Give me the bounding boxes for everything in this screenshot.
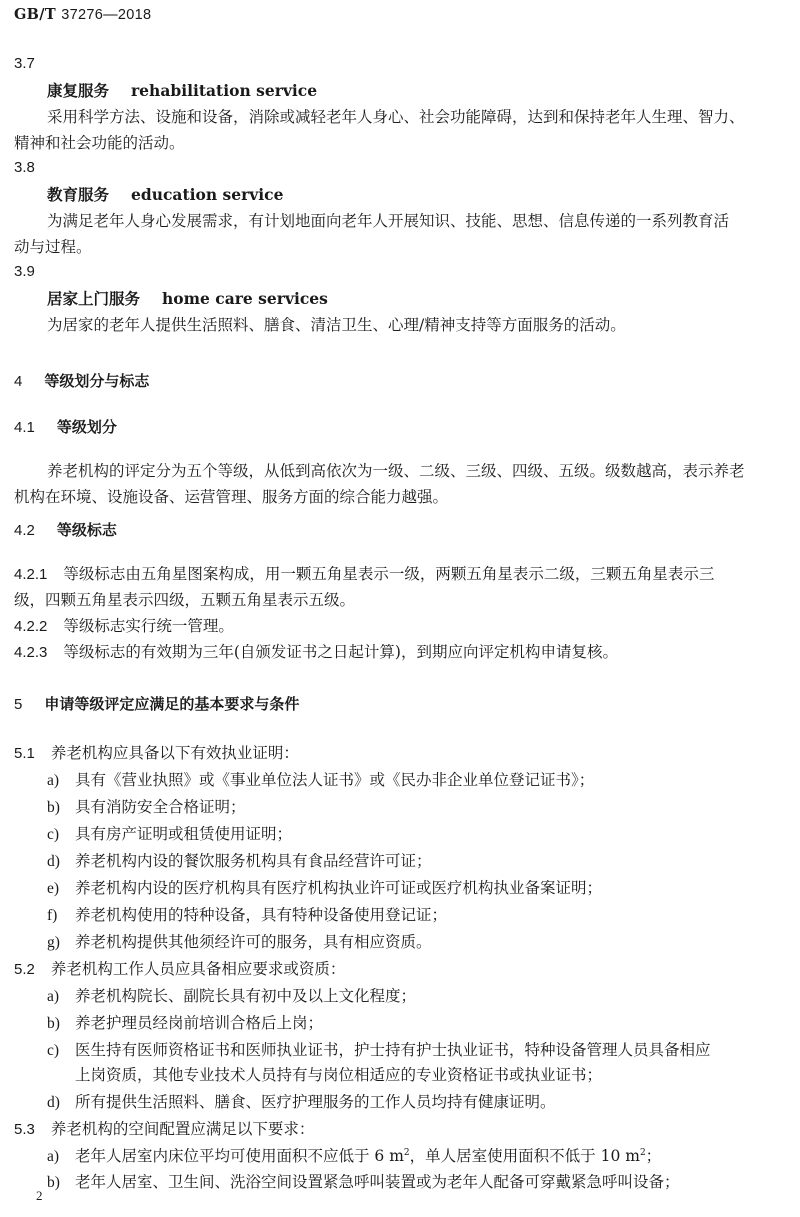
term-en: education service bbox=[131, 185, 283, 204]
clause-number: 5.2 bbox=[14, 961, 35, 978]
paragraph-cont: 机构在环境、设施设备、运营管理、服务方面的综合能力越强。 bbox=[14, 485, 448, 507]
term-definition: 为满足老年人身心发展需求，有计划地面向老年人开展知识、技能、思想、信息传递的一系… bbox=[47, 209, 729, 231]
term-number: 3.9 bbox=[14, 263, 35, 280]
list-item: e)养老机构内设的医疗机构具有医疗机构执业许可证或医疗机构执业备案证明； bbox=[47, 876, 602, 898]
list-item: c)医生持有医师资格证书和医师执业证书，护士持有护士执业证书，特种设备管理人员具… bbox=[47, 1038, 711, 1060]
clause-number: 5.1 bbox=[14, 745, 35, 762]
list-text: ； bbox=[646, 1147, 662, 1165]
section-title: 等级划分与标志 bbox=[44, 372, 149, 390]
list-item: b)具有消防安全合格证明； bbox=[47, 795, 246, 817]
list-text: 养老机构提供其他须经许可的服务，具有相应资质。 bbox=[75, 933, 432, 951]
list-marker: c) bbox=[47, 826, 75, 844]
list-text: 养老机构使用的特种设备，具有特种设备使用登记证； bbox=[75, 906, 447, 924]
section-number: 4 bbox=[14, 373, 22, 390]
section-heading: 4等级划分与标志 bbox=[14, 370, 149, 391]
clause-number: 4.2.1 bbox=[14, 566, 47, 583]
section-title: 申请等级评定应满足的基本要求与条件 bbox=[44, 695, 299, 713]
list-text: 养老机构院长、副院长具有初中及以上文化程度； bbox=[75, 987, 416, 1005]
term-definition-cont: 动与过程。 bbox=[14, 235, 92, 257]
list-text: 医生持有医师资格证书和医师执业证书，护士持有护士执业证书，特种设备管理人员具备相… bbox=[75, 1041, 711, 1059]
clause-number: 5.3 bbox=[14, 1121, 35, 1138]
page-number: 2 bbox=[36, 1188, 43, 1204]
term-zh: 居家上门服务 bbox=[47, 289, 140, 308]
list-item: d)所有提供生活照料、膳食、医疗护理服务的工作人员均持有健康证明。 bbox=[47, 1090, 556, 1112]
list-item: d)养老机构内设的餐饮服务机构具有食品经营许可证； bbox=[47, 849, 432, 871]
list-item: b)养老护理员经岗前培训合格后上岗； bbox=[47, 1011, 323, 1033]
list-text: 养老机构内设的餐饮服务机构具有食品经营许可证； bbox=[75, 852, 432, 870]
list-text: 养老机构内设的医疗机构具有医疗机构执业许可证或医疗机构执业备案证明； bbox=[75, 879, 602, 897]
clause-number: 4.2.3 bbox=[14, 644, 47, 661]
standard-header: GB/T 37276—2018 bbox=[14, 6, 151, 23]
term-number: 3.8 bbox=[14, 159, 35, 176]
subsection-title: 等级划分 bbox=[57, 418, 117, 436]
term-heading: 康复服务rehabilitation service bbox=[47, 79, 317, 101]
list-marker: a) bbox=[47, 988, 75, 1006]
list-text-cont: 上岗资质，其他专业技术人员持有与岗位相适应的专业资格证书或执业证书； bbox=[75, 1063, 602, 1085]
term-zh: 康复服务 bbox=[47, 81, 109, 100]
subsection-heading: 4.2等级标志 bbox=[14, 519, 117, 540]
clause-item: 4.2.3等级标志的有效期为三年(自颁发证书之日起计算)，到期应向评定机构申请复… bbox=[14, 640, 618, 662]
list-text: 老年人居室、卫生间、洗浴空间设置紧急呼叫装置或为老年人配备可穿戴紧急呼叫设备； bbox=[75, 1173, 680, 1191]
list-item: a)老年人居室内床位平均可使用面积不应低于 6 m2，单人居室使用面积不低于 1… bbox=[47, 1144, 661, 1166]
list-item: a)养老机构院长、副院长具有初中及以上文化程度； bbox=[47, 984, 416, 1006]
list-item: c)具有房产证明或租赁使用证明； bbox=[47, 822, 292, 844]
clause-text: 等级标志实行统一管理。 bbox=[63, 617, 234, 635]
term-definition-cont: 精神和社会功能的活动。 bbox=[14, 131, 185, 153]
list-marker: f) bbox=[47, 907, 75, 925]
list-marker: d) bbox=[47, 1094, 75, 1112]
list-marker: d) bbox=[47, 853, 75, 871]
list-item: a)具有《营业执照》或《事业单位法人证书》或《民办非企业单位登记证书》； bbox=[47, 768, 594, 790]
list-text: 具有房产证明或租赁使用证明； bbox=[75, 825, 292, 843]
clause-text: 养老机构工作人员应具备相应要求或资质： bbox=[51, 960, 346, 978]
list-item: g)养老机构提供其他须经许可的服务，具有相应资质。 bbox=[47, 930, 432, 952]
section-number: 5 bbox=[14, 696, 22, 713]
term-zh: 教育服务 bbox=[47, 185, 109, 204]
term-definition: 采用科学方法、设施和设备，消除或减轻老年人身心、社会功能障碍，达到和保持老年人生… bbox=[47, 105, 745, 127]
term-number: 3.7 bbox=[14, 55, 35, 72]
clause-item: 4.2.1等级标志由五角星图案构成，用一颗五角星表示一级，两颗五角星表示二级，三… bbox=[14, 562, 714, 584]
list-text: 养老护理员经岗前培训合格后上岗； bbox=[75, 1014, 323, 1032]
list-marker: a) bbox=[47, 1148, 75, 1166]
list-text: 具有消防安全合格证明； bbox=[75, 798, 246, 816]
list-item: b)老年人居室、卫生间、洗浴空间设置紧急呼叫装置或为老年人配备可穿戴紧急呼叫设备… bbox=[47, 1170, 680, 1192]
clause-text: 等级标志的有效期为三年(自颁发证书之日起计算)，到期应向评定机构申请复核。 bbox=[63, 643, 618, 661]
clause-intro: 5.2养老机构工作人员应具备相应要求或资质： bbox=[14, 957, 345, 979]
list-marker: c) bbox=[47, 1042, 75, 1060]
clause-text: 养老机构的空间配置应满足以下要求： bbox=[51, 1120, 315, 1138]
document-page: GB/T 37276—2018 3.7 康复服务rehabilitation s… bbox=[0, 0, 800, 1217]
list-text: 所有提供生活照料、膳食、医疗护理服务的工作人员均持有健康证明。 bbox=[75, 1093, 556, 1111]
term-en: home care services bbox=[162, 289, 328, 308]
list-text: 具有《营业执照》或《事业单位法人证书》或《民办非企业单位登记证书》； bbox=[75, 771, 594, 789]
clause-item: 4.2.2等级标志实行统一管理。 bbox=[14, 614, 234, 636]
clause-text: 养老机构应具备以下有效执业证明： bbox=[51, 744, 299, 762]
clause-number: 4.2.2 bbox=[14, 618, 47, 635]
subsection-title: 等级标志 bbox=[57, 521, 117, 539]
paragraph: 养老机构的评定分为五个等级，从低到高依次为一级、二级、三级、四级、五级。级数越高… bbox=[47, 459, 745, 481]
standard-number: 37276—2018 bbox=[61, 7, 151, 23]
list-marker: b) bbox=[47, 1174, 75, 1192]
list-item: f)养老机构使用的特种设备，具有特种设备使用登记证； bbox=[47, 903, 447, 925]
list-marker: e) bbox=[47, 880, 75, 898]
list-text: ，单人居室使用面积不低于 10 m bbox=[410, 1147, 640, 1165]
term-heading: 居家上门服务home care services bbox=[47, 287, 328, 309]
term-definition: 为居家的老年人提供生活照料、膳食、清洁卫生、心理/精神支持等方面服务的活动。 bbox=[47, 313, 626, 335]
list-marker: b) bbox=[47, 1015, 75, 1033]
list-marker: b) bbox=[47, 799, 75, 817]
term-en: rehabilitation service bbox=[131, 81, 317, 100]
clause-intro: 5.1养老机构应具备以下有效执业证明： bbox=[14, 741, 299, 763]
section-heading: 5申请等级评定应满足的基本要求与条件 bbox=[14, 693, 299, 714]
subsection-number: 4.1 bbox=[14, 419, 35, 436]
term-heading: 教育服务education service bbox=[47, 183, 283, 205]
subsection-number: 4.2 bbox=[14, 522, 35, 539]
list-marker: g) bbox=[47, 934, 75, 952]
clause-text-cont: 级，四颗五角星表示四级，五颗五角星表示五级。 bbox=[14, 588, 355, 610]
clause-text: 等级标志由五角星图案构成，用一颗五角星表示一级，两颗五角星表示二级，三颗五角星表… bbox=[63, 565, 714, 583]
clause-intro: 5.3养老机构的空间配置应满足以下要求： bbox=[14, 1117, 314, 1139]
list-text: 老年人居室内床位平均可使用面积不应低于 6 m bbox=[75, 1147, 404, 1165]
subsection-heading: 4.1等级划分 bbox=[14, 416, 117, 437]
list-marker: a) bbox=[47, 772, 75, 790]
standard-prefix: GB/T bbox=[14, 6, 56, 23]
